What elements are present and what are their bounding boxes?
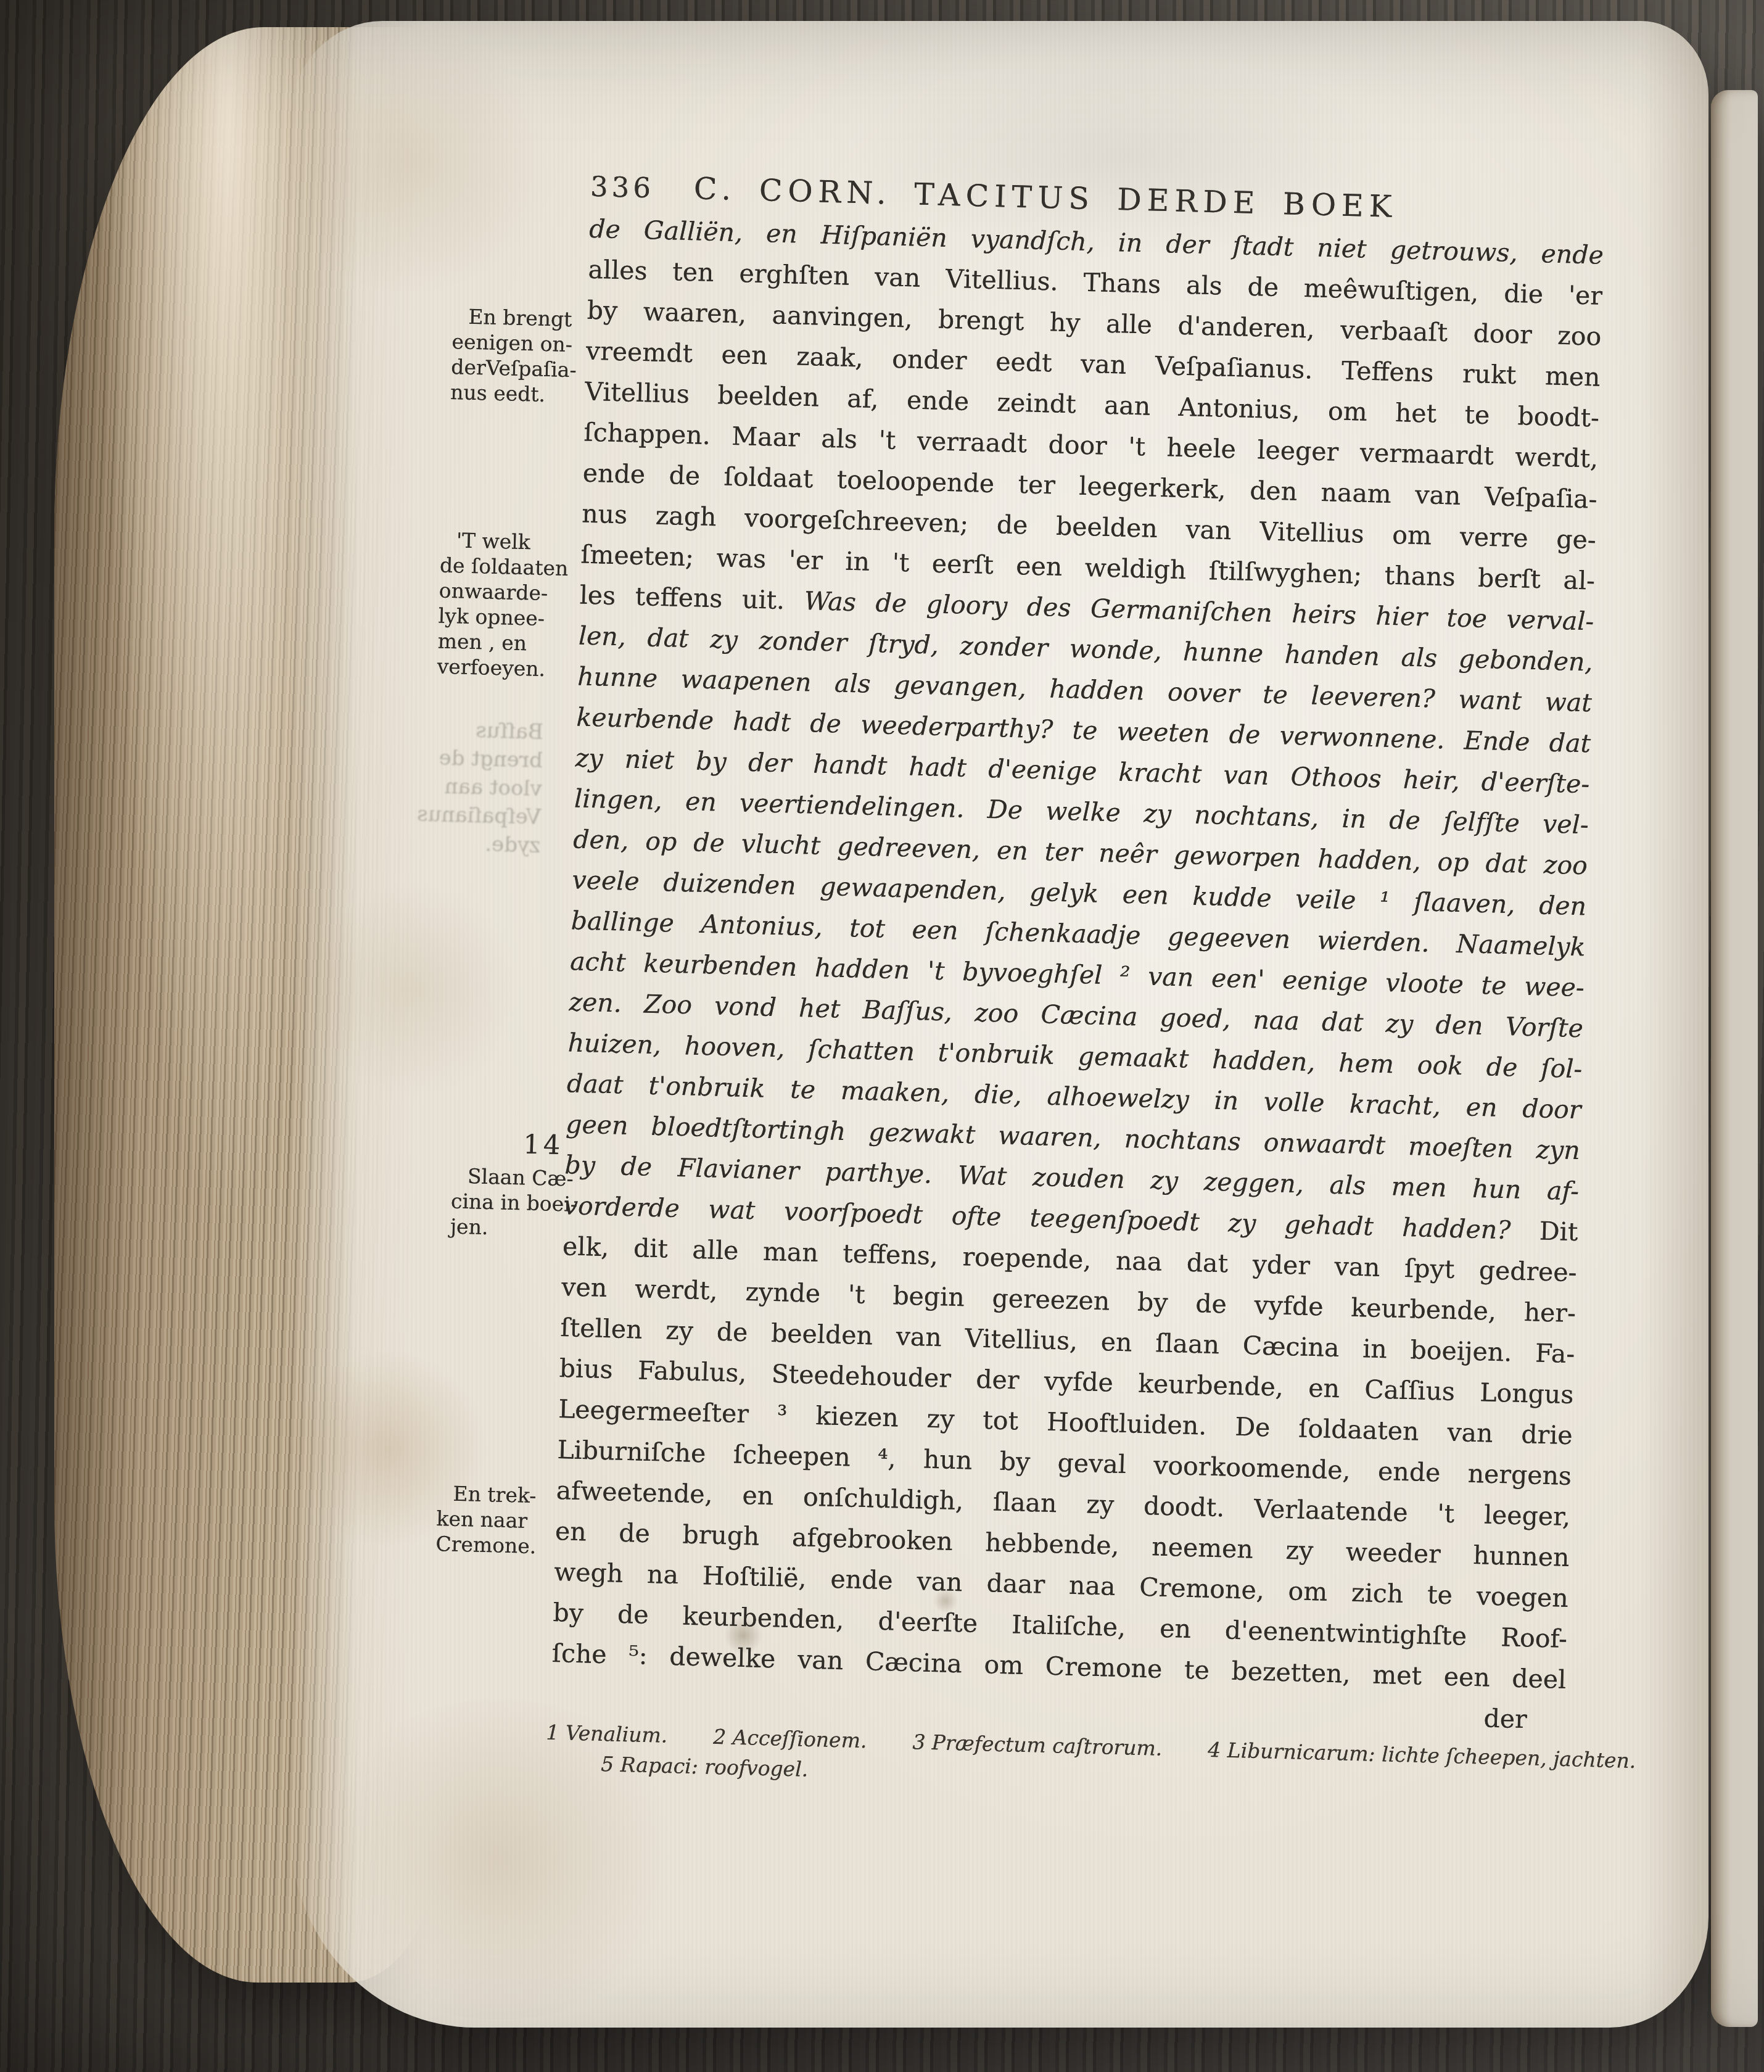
note-line: ken naar xyxy=(436,1506,591,1535)
note-line: brengt de xyxy=(357,741,543,775)
catchword: der xyxy=(1483,1704,1527,1735)
footnote-item: 4 Liburnicarum: lichte ſcheepen, jachten… xyxy=(1208,1738,1636,1773)
book-page: 336C. CORN. TACITUS DERDE BOEK de Gallië… xyxy=(290,21,1708,2028)
note-line: de ſoldaaten xyxy=(439,553,594,582)
photo-of-open-book: 336C. CORN. TACITUS DERDE BOEK de Gallië… xyxy=(0,0,1764,2072)
showthrough-ghost-text: Baſſusbrengt devloot aanVeſpaſianuszyde. xyxy=(355,713,544,860)
footnote-item: 1 Venalium. xyxy=(546,1720,668,1748)
margin-note-resentment: 'T welkde ſoldaatenonwaarde-lyk opnee-me… xyxy=(437,527,595,683)
note-line: cina in boei- xyxy=(450,1188,605,1218)
body-segment-roman: les teffens uit. xyxy=(579,580,804,616)
paragraph-number: 14 xyxy=(523,1129,564,1161)
note-line: En trek- xyxy=(437,1480,591,1510)
note-line: lyk opnee- xyxy=(438,603,593,633)
footnote-item: 5 Rapaci: roofvogel. xyxy=(601,1752,809,1781)
book: 336C. CORN. TACITUS DERDE BOEK de Gallië… xyxy=(37,16,1758,2039)
note-line: jen. xyxy=(450,1213,604,1243)
note-line: nus eedt. xyxy=(450,379,605,409)
note-line: Veſpaſianus xyxy=(356,798,542,832)
note-line: vloot aan xyxy=(357,770,542,803)
note-line: En brengt xyxy=(452,303,607,333)
margin-note-chains: Slaan Cæ-cina in boei-jen. xyxy=(450,1163,606,1243)
note-line: Baſſus xyxy=(358,713,543,746)
facing-page-edge xyxy=(1711,90,1758,2027)
page-text-block: 336C. CORN. TACITUS DERDE BOEK de Gallië… xyxy=(390,164,1641,1802)
note-line: eenigen on- xyxy=(451,329,606,358)
page-number: 336 xyxy=(590,170,654,205)
note-line: men , en xyxy=(437,629,592,658)
body-segment-roman: Dit xyxy=(1539,1216,1578,1247)
note-line: derVeſpaſia- xyxy=(451,354,606,384)
body-text: de Galliën, en Hiſpaniën vyandſch, in de… xyxy=(551,208,1639,1701)
note-line: verfoeyen. xyxy=(437,654,591,683)
note-line: Cremone. xyxy=(435,1531,590,1561)
margin-note-cremona: En trek-ken naarCremone. xyxy=(435,1480,591,1561)
note-line: zyde. xyxy=(355,827,541,860)
footnote-item: 3 Præfectum caſtrorum. xyxy=(912,1730,1163,1760)
margin-note-oath: En brengteenigen on-derVeſpaſia-nus eedt… xyxy=(450,303,607,408)
note-line: Slaan Cæ- xyxy=(451,1163,606,1192)
note-line: 'T welk xyxy=(440,527,595,557)
footnote-item: 2 Acceſſionem. xyxy=(713,1725,867,1753)
note-line: onwaarde- xyxy=(439,578,593,608)
